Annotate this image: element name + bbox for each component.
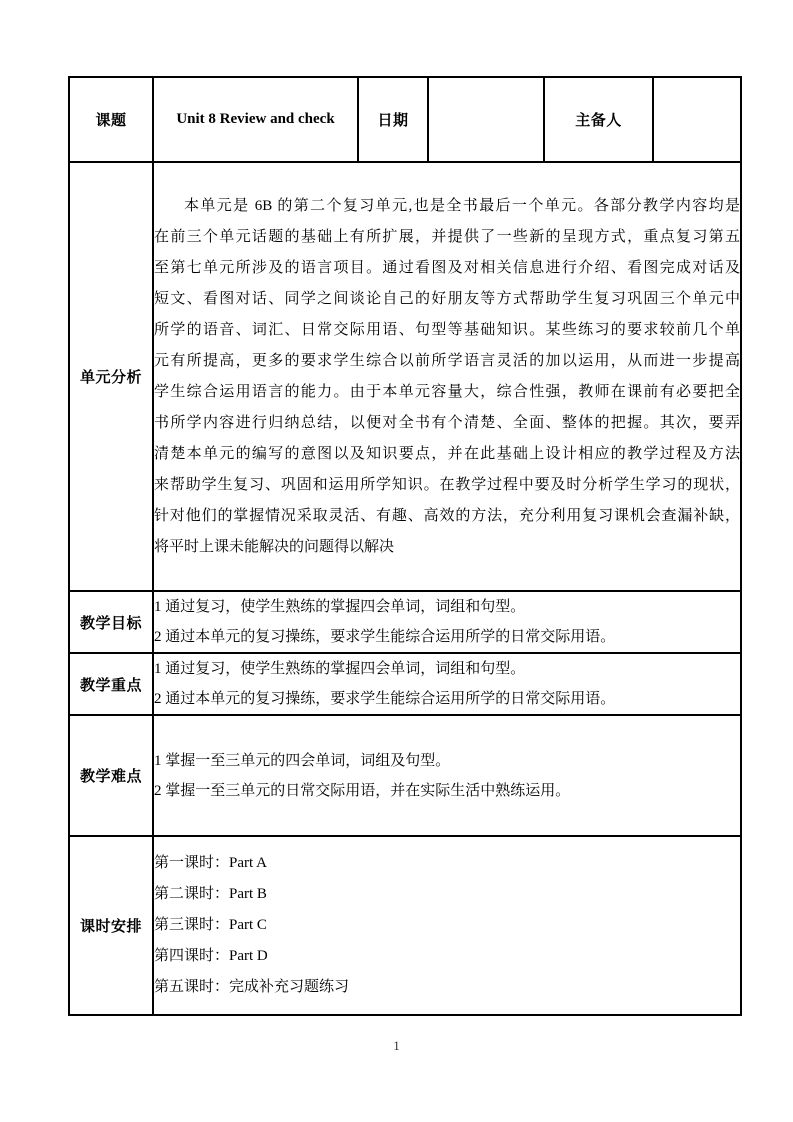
lesson-schedule-row: 课时安排 第一课时：Part A 第二课时：Part B 第三课时：Part C… xyxy=(69,836,741,1015)
date-label-cell: 日期 xyxy=(358,77,428,162)
analysis-line: 清楚本单元的编写的意图以及知识要点，并在此基础上设计相应的教学过程及方法 xyxy=(154,439,740,470)
lead-preparer-value-cell xyxy=(653,77,741,162)
schedule-line: 第一课时：Part A xyxy=(154,848,740,879)
analysis-line: 书所学内容进行归纳总结，以便对全书有个清楚、全面、整体的把握。其次，要弄 xyxy=(154,408,740,439)
difficulty-line: 2 掌握一至三单元的日常交际用语，并在实际生活中熟练运用。 xyxy=(154,776,740,806)
goal-line: 2 通过本单元的复习操练，要求学生能综合运用所学的日常交际用语。 xyxy=(154,622,740,652)
analysis-line: 在前三个单元话题的基础上有所扩展，并提供了一些新的呈现方式，重点复习第五 xyxy=(154,222,740,253)
unit-analysis-label-cell: 单元分析 xyxy=(69,162,153,591)
difficulty-line: 1 掌握一至三单元的四会单词，词组及句型。 xyxy=(154,746,740,776)
analysis-line: 来帮助学生复习、巩固和运用所学知识。在教学过程中要及时分析学生学习的现状， xyxy=(154,470,740,501)
date-value-cell xyxy=(428,77,544,162)
unit-analysis-content-cell: 本单元是 6B 的第二个复习单元,也是全书最后一个单元。各部分教学内容均是 在前… xyxy=(153,162,741,591)
keypoint-line: 2 通过本单元的复习操练，要求学生能综合运用所学的日常交际用语。 xyxy=(154,684,740,714)
schedule-line: 第三课时：Part C xyxy=(154,910,740,941)
schedule-line: 第五课时：完成补充习题练习 xyxy=(154,972,740,1003)
analysis-line: 至第七单元所涉及的语言项目。通过看图及对相关信息进行介绍、看图完成对话及 xyxy=(154,253,740,284)
topic-label-cell: 课题 xyxy=(69,77,153,162)
unit-analysis-row: 单元分析 本单元是 6B 的第二个复习单元,也是全书最后一个单元。各部分教学内容… xyxy=(69,162,741,591)
lesson-plan-table: 课题 Unit 8 Review and check 日期 主备人 单元分析 本… xyxy=(68,76,742,1016)
schedule-line: 第四课时：Part D xyxy=(154,941,740,972)
lesson-schedule-content-cell: 第一课时：Part A 第二课时：Part B 第三课时：Part C 第四课时… xyxy=(153,836,741,1015)
teaching-keypoints-label-cell: 教学重点 xyxy=(69,653,153,715)
analysis-line: 学生综合运用语言的能力。由于本单元容量大，综合性强，教师在课前有必要把全 xyxy=(154,377,740,408)
lead-preparer-label-cell: 主备人 xyxy=(544,77,653,162)
analysis-line: 将平时上课未能解决的问题得以解决 xyxy=(154,532,740,563)
analysis-line: 元有所提高，更多的要求学生综合以前所学语言灵活的加以运用，从而进一步提高 xyxy=(154,346,740,377)
analysis-line: 所学的语音、词汇、日常交际用语、句型等基础知识。某些练习的要求较前几个单 xyxy=(154,315,740,346)
lesson-schedule-label-cell: 课时安排 xyxy=(69,836,153,1015)
teaching-goals-label-cell: 教学目标 xyxy=(69,591,153,653)
analysis-line: 针对他们的掌握情况采取灵活、有趣、高效的方法，充分利用复习课机会查漏补缺， xyxy=(154,501,740,532)
teaching-difficulties-row: 教学难点 1 掌握一至三单元的四会单词，词组及句型。 2 掌握一至三单元的日常交… xyxy=(69,715,741,836)
page-number: 1 xyxy=(0,1038,793,1054)
analysis-line: 本单元是 6B 的第二个复习单元,也是全书最后一个单元。各部分教学内容均是 xyxy=(154,191,740,222)
header-row: 课题 Unit 8 Review and check 日期 主备人 xyxy=(69,77,741,162)
teaching-goals-row: 教学目标 1 通过复习，使学生熟练的掌握四会单词，词组和句型。 2 通过本单元的… xyxy=(69,591,741,653)
document-page: 课题 Unit 8 Review and check 日期 主备人 单元分析 本… xyxy=(0,0,793,1122)
goal-line: 1 通过复习，使学生熟练的掌握四会单词，词组和句型。 xyxy=(154,592,740,622)
teaching-difficulties-content-cell: 1 掌握一至三单元的四会单词，词组及句型。 2 掌握一至三单元的日常交际用语，并… xyxy=(153,715,741,836)
schedule-line: 第二课时：Part B xyxy=(154,879,740,910)
analysis-line: 短文、看图对话、同学之间谈论自己的好朋友等方式帮助学生复习巩固三个单元中 xyxy=(154,284,740,315)
keypoint-line: 1 通过复习，使学生熟练的掌握四会单词，词组和句型。 xyxy=(154,654,740,684)
teaching-keypoints-content-cell: 1 通过复习，使学生熟练的掌握四会单词，词组和句型。 2 通过本单元的复习操练，… xyxy=(153,653,741,715)
topic-value-cell: Unit 8 Review and check xyxy=(153,77,358,162)
teaching-keypoints-row: 教学重点 1 通过复习，使学生熟练的掌握四会单词，词组和句型。 2 通过本单元的… xyxy=(69,653,741,715)
teaching-difficulties-label-cell: 教学难点 xyxy=(69,715,153,836)
teaching-goals-content-cell: 1 通过复习，使学生熟练的掌握四会单词，词组和句型。 2 通过本单元的复习操练，… xyxy=(153,591,741,653)
